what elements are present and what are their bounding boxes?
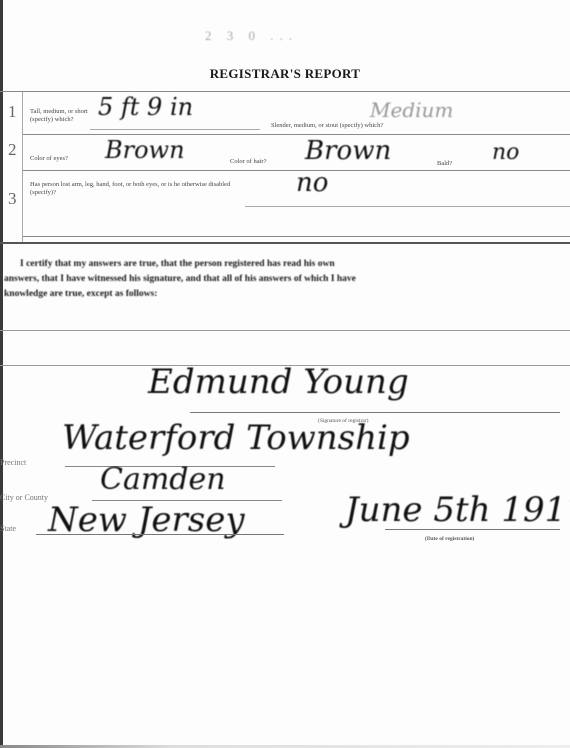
build-label: Slender, medium, or stout (specify) whic…	[271, 122, 383, 130]
signature-line	[190, 412, 560, 413]
bald-answer: no	[492, 140, 519, 165]
bald-label: Bald?	[437, 160, 452, 168]
date-line	[385, 529, 560, 530]
registrar-signature: Edmund Young	[148, 362, 409, 402]
divider	[23, 134, 570, 135]
date-caption: (Date of registration)	[425, 536, 474, 542]
answer-line	[23, 236, 570, 237]
registration-date-value: June 5th 1917	[345, 490, 570, 530]
certification-line-1: I certify that my answers are true, that…	[4, 257, 560, 272]
certification-line-2: answers, that I have witnessed his signa…	[4, 272, 560, 287]
build-answer: Medium	[370, 98, 453, 122]
certification-line-3: knowledge are true, except as follows:	[4, 287, 560, 302]
answer-line	[245, 206, 570, 207]
county-value: Camden	[100, 462, 226, 497]
section-divider	[0, 242, 570, 244]
state-line	[36, 534, 284, 535]
document-title: REGISTRAR'S REPORT	[0, 66, 570, 82]
height-label: Tall, medium, or short (specify) which?	[30, 108, 90, 124]
hair-color-label: Color of hair?	[230, 158, 266, 166]
number-column-divider	[22, 92, 23, 242]
disability-label: Has person lost arm, leg, hand, foot, or…	[30, 181, 245, 197]
hair-color-answer: Brown	[305, 136, 391, 166]
divider	[0, 91, 570, 92]
county-label: City or County	[0, 493, 48, 502]
eye-color-label: Color of eyes?	[30, 155, 68, 163]
precinct-label: Precinct	[0, 458, 26, 467]
registrar-report-card: 2 3 0 ... REGISTRAR'S REPORT 1 Tall, med…	[0, 0, 570, 748]
row-number-1: 1	[8, 102, 17, 122]
row-number-3: 3	[8, 189, 17, 209]
card-left-edge	[0, 0, 3, 748]
serial-number: 2 3 0 ...	[205, 28, 298, 44]
precinct-value: Waterford Township	[62, 418, 410, 458]
exceptions-line	[0, 330, 570, 331]
certification-statement: I certify that my answers are true, that…	[4, 257, 560, 302]
row-number-2: 2	[8, 140, 17, 160]
disability-answer: no	[296, 168, 328, 198]
height-answer: 5 ft 9 in	[98, 93, 193, 121]
eye-color-answer: Brown	[105, 136, 185, 164]
answer-line	[90, 129, 260, 130]
state-label: State	[0, 524, 16, 533]
